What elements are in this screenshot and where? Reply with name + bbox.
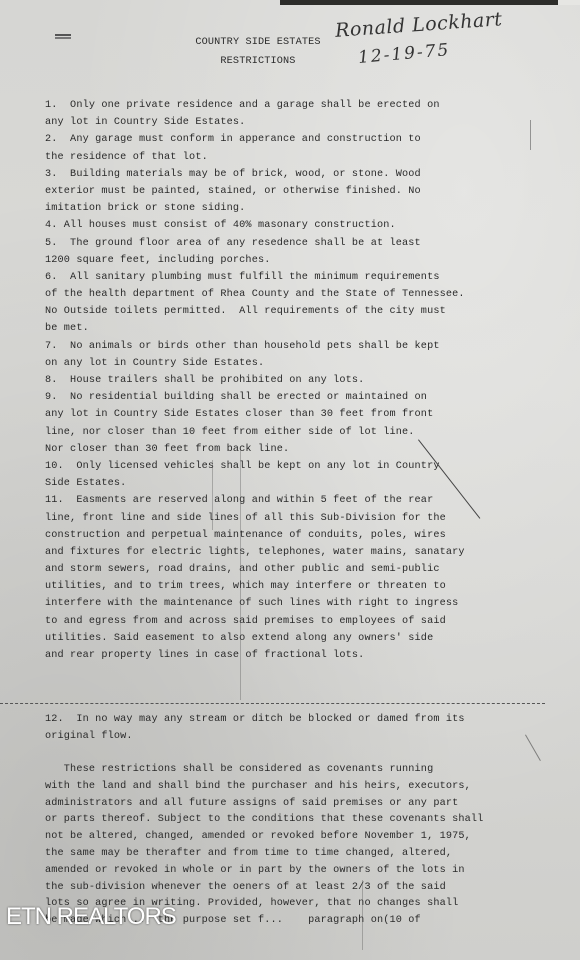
photo-edge-highlight: [558, 0, 580, 5]
document-text-line: interfere with the maintenance of such l…: [45, 595, 525, 612]
document-text-line: amended or revoked in whole or in part b…: [45, 863, 525, 880]
document-title-block: COUNTRY SIDE ESTATES RESTRICTIONS: [193, 33, 323, 71]
document-text-line: to and egress from and across said premi…: [45, 613, 525, 630]
document-text-line: utilities, and to trim trees, which may …: [45, 578, 525, 595]
document-text-line: and rear property lines in case of fract…: [45, 647, 525, 664]
document-text-line: These restrictions shall be considered a…: [45, 762, 525, 779]
paper-crease: [362, 880, 363, 950]
document-text-line: 2. Any garage must conform in apperance …: [45, 131, 525, 148]
document-text-line: the same may be therafter and from time …: [45, 846, 525, 863]
document-text-line: exterior must be painted, stained, or ot…: [45, 183, 525, 200]
document-subtitle: RESTRICTIONS: [193, 52, 323, 71]
watermark-text: ETN REALTORS: [6, 903, 176, 931]
document-text-line: construction and perpetual maintenance o…: [45, 527, 525, 544]
document-text-line: 3. Building materials may be of brick, w…: [45, 166, 525, 183]
handwritten-signature: Ronald Lockhart: [334, 8, 503, 42]
fold-divider-line: [0, 703, 545, 704]
document-text-line: any lot in Country Side Estates closer t…: [45, 406, 525, 423]
document-text-line: or parts thereof. Subject to the conditi…: [45, 812, 525, 829]
document-title: COUNTRY SIDE ESTATES: [193, 33, 323, 52]
paper-crease: [240, 450, 241, 700]
document-text-line: 12. In no way may any stream or ditch be…: [45, 711, 525, 728]
document-text-line: imitation brick or stone siding.: [45, 200, 525, 217]
restrictions-list: 1. Only one private residence and a gara…: [45, 97, 525, 664]
document-text-line: utilities. Said easement to also extend …: [45, 630, 525, 647]
pen-stroke-mark: [530, 120, 531, 150]
document-text-line: the sub-division whenever the oeners of …: [45, 880, 525, 897]
document-text-line: No Outside toilets permitted. All requir…: [45, 303, 525, 320]
document-text-line: with the land and shall bind the purchas…: [45, 779, 525, 796]
restriction-item-12: 12. In no way may any stream or ditch be…: [45, 711, 525, 745]
document-text-line: 1200 square feet, including porches.: [45, 252, 525, 269]
document-text-line: 4. All houses must consist of 40% masona…: [45, 217, 525, 234]
document-text-line: and storm sewers, road drains, and other…: [45, 561, 525, 578]
document-text-line: on any lot in Country Side Estates.: [45, 355, 525, 372]
document-text-line: 1. Only one private residence and a gara…: [45, 97, 525, 114]
stray-mark-icon: [55, 34, 71, 36]
photo-edge-shadow: [280, 0, 558, 5]
document-text-line: administrators and all future assigns of…: [45, 796, 525, 813]
document-text-line: 9. No residential building shall be erec…: [45, 389, 525, 406]
document-text-line: original flow.: [45, 728, 525, 745]
document-text-line: 10. Only licensed vehicles shall be kept…: [45, 458, 525, 475]
document-text-line: 11. Easments are reserved along and with…: [45, 492, 525, 509]
paper-crease: [212, 460, 213, 530]
document-text-line: 5. The ground floor area of any resedenc…: [45, 235, 525, 252]
document-text-line: line, front line and side lines of all t…: [45, 510, 525, 527]
document-text-line: and fixtures for electric lights, teleph…: [45, 544, 525, 561]
handwritten-date: 12-19-75: [357, 40, 451, 68]
document-text-line: not be altered, changed, amended or revo…: [45, 829, 525, 846]
scanned-document-page: COUNTRY SIDE ESTATES RESTRICTIONS Ronald…: [0, 0, 580, 960]
document-text-line: the residence of that lot.: [45, 149, 525, 166]
document-text-line: 7. No animals or birds other than househ…: [45, 338, 525, 355]
document-text-line: line, nor closer than 10 feet from eithe…: [45, 424, 525, 441]
document-text-line: 6. All sanitary plumbing must fulfill th…: [45, 269, 525, 286]
document-text-line: be met.: [45, 320, 525, 337]
document-text-line: Nor closer than 30 feet from back line.: [45, 441, 525, 458]
document-text-line: 8. House trailers shall be prohibited on…: [45, 372, 525, 389]
document-text-line: any lot in Country Side Estates.: [45, 114, 525, 131]
document-text-line: of the health department of Rhea County …: [45, 286, 525, 303]
pen-stroke-mark: [525, 735, 541, 761]
